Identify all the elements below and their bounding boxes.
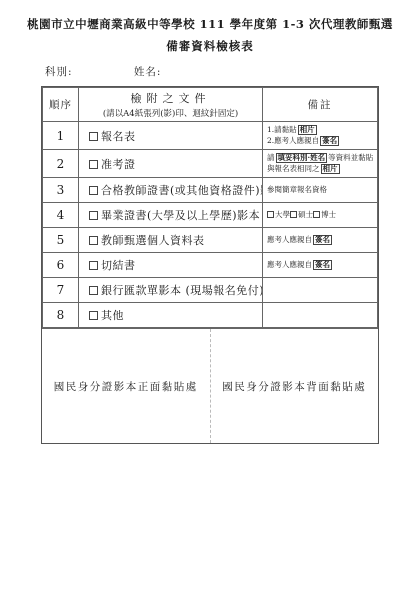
remark-text: 與報名表相同之 bbox=[267, 164, 320, 173]
remark-text: 參閱簡章報名資格 bbox=[267, 185, 327, 194]
document-label: 畢業證書(大學及以上學歷)影本 bbox=[101, 209, 260, 222]
header-row: 順序 檢附之文件 (請以A4紙張列(影)印、迴紋針固定) 備註 bbox=[43, 88, 378, 122]
remark-line: 2.應考人應親自簽名 bbox=[267, 136, 375, 147]
row-order-number: 7 bbox=[43, 278, 79, 303]
document-label: 教師甄選個人資料表 bbox=[101, 234, 205, 247]
highlighted-term: 相片 bbox=[298, 125, 317, 136]
remark-text: 等資料並黏貼 bbox=[328, 153, 373, 162]
document-cell: 切結書 bbox=[79, 253, 263, 278]
id-back-paste-area: 國民身分證影本背面黏貼處 bbox=[211, 329, 379, 443]
remark-text: 1.請黏貼 bbox=[267, 125, 297, 134]
highlighted-term: 簽名 bbox=[313, 260, 332, 271]
table-row: 8其他 bbox=[43, 303, 378, 328]
table-row: 3合格教師證書(或其他資格證件)影本參閱簡章報名資格 bbox=[43, 178, 378, 203]
checkbox-icon bbox=[89, 236, 98, 245]
remark-line: 應考人應親自簽名 bbox=[267, 235, 375, 246]
remark-line: 1.請黏貼相片 bbox=[267, 125, 375, 136]
header-documents: 檢附之文件 (請以A4紙張列(影)印、迴紋針固定) bbox=[79, 88, 263, 122]
remark-text: 2.應考人應親自 bbox=[267, 136, 319, 145]
id-paste-section: 國民身分證影本正面黏貼處 國民身分證影本背面黏貼處 bbox=[42, 328, 378, 443]
highlighted-term: 相片 bbox=[321, 164, 340, 175]
id-front-paste-area: 國民身分證影本正面黏貼處 bbox=[42, 329, 211, 443]
highlighted-term: 簽名 bbox=[320, 136, 339, 147]
table-row: 6切結書應考人應親自簽名 bbox=[43, 253, 378, 278]
remark-cell: 大學碩士博士 bbox=[263, 203, 378, 228]
name-label: 姓名: bbox=[134, 64, 162, 79]
document-cell: 合格教師證書(或其他資格證件)影本 bbox=[79, 178, 263, 203]
degree-option-label: 博士 bbox=[321, 210, 336, 219]
checkbox-icon bbox=[89, 132, 98, 141]
header-documents-title: 檢附之文件 bbox=[80, 90, 261, 106]
remark-line: 應考人應親自簽名 bbox=[267, 260, 375, 271]
remark-cell: 參閱簡章報名資格 bbox=[263, 178, 378, 203]
checkbox-icon bbox=[89, 261, 98, 270]
checklist-form: 順序 檢附之文件 (請以A4紙張列(影)印、迴紋針固定) 備註 1報名表1.請黏… bbox=[41, 86, 379, 444]
document-title-line2: 備審資料檢核表 bbox=[0, 38, 420, 54]
remark-cell bbox=[263, 278, 378, 303]
document-cell: 准考證 bbox=[79, 150, 263, 178]
remark-line: 大學碩士博士 bbox=[267, 210, 375, 221]
remark-text: 應考人應親自 bbox=[267, 260, 312, 269]
checkbox-icon bbox=[89, 286, 98, 295]
document-label: 切結書 bbox=[101, 259, 136, 272]
degree-option-label: 碩士 bbox=[298, 210, 313, 219]
document-rows: 1報名表1.請黏貼相片2.應考人應親自簽名2准考證請填妥科別·姓名等資料並黏貼與… bbox=[43, 122, 378, 328]
table-row: 7銀行匯款單影本 (現場報名免付) bbox=[43, 278, 378, 303]
checkbox-icon bbox=[89, 311, 98, 320]
checkbox-icon bbox=[89, 160, 98, 169]
highlighted-term: 簽名 bbox=[313, 235, 332, 246]
header-documents-subtitle: (請以A4紙張列(影)印、迴紋針固定) bbox=[80, 107, 261, 119]
identity-fields: 科別: 姓名: bbox=[45, 64, 420, 79]
row-order-number: 6 bbox=[43, 253, 79, 278]
header-remarks: 備註 bbox=[263, 88, 378, 122]
checkbox-icon bbox=[89, 186, 98, 195]
document-label: 報名表 bbox=[101, 130, 136, 143]
remark-cell: 請填妥科別·姓名等資料並黏貼與報名表相同之相片 bbox=[263, 150, 378, 178]
document-cell: 銀行匯款單影本 (現場報名免付) bbox=[79, 278, 263, 303]
row-order-number: 3 bbox=[43, 178, 79, 203]
department-label: 科別: bbox=[45, 64, 73, 79]
checkbox-icon bbox=[290, 211, 297, 218]
document-title-line1: 桃園市立中壢商業高級中等學校 111 學年度第 1-3 次代理教師甄選 bbox=[0, 0, 420, 32]
table-row: 1報名表1.請黏貼相片2.應考人應親自簽名 bbox=[43, 122, 378, 150]
remark-line: 與報名表相同之相片 bbox=[267, 164, 375, 175]
remark-line: 請填妥科別·姓名等資料並黏貼 bbox=[267, 153, 375, 164]
document-label: 其他 bbox=[101, 309, 124, 322]
document-page: 桃園市立中壢商業高級中等學校 111 學年度第 1-3 次代理教師甄選 備審資料… bbox=[0, 0, 420, 593]
remark-cell: 應考人應親自簽名 bbox=[263, 253, 378, 278]
remark-cell: 1.請黏貼相片2.應考人應親自簽名 bbox=[263, 122, 378, 150]
row-order-number: 8 bbox=[43, 303, 79, 328]
document-label: 合格教師證書(或其他資格證件)影本 bbox=[101, 184, 263, 197]
row-order-number: 1 bbox=[43, 122, 79, 150]
header-order: 順序 bbox=[43, 88, 79, 122]
table-row: 4畢業證書(大學及以上學歷)影本大學碩士博士 bbox=[43, 203, 378, 228]
row-order-number: 5 bbox=[43, 228, 79, 253]
document-label: 准考證 bbox=[101, 158, 136, 171]
table-row: 2准考證請填妥科別·姓名等資料並黏貼與報名表相同之相片 bbox=[43, 150, 378, 178]
document-cell: 報名表 bbox=[79, 122, 263, 150]
remark-cell bbox=[263, 303, 378, 328]
degree-option-label: 大學 bbox=[275, 210, 290, 219]
remark-cell: 應考人應親自簽名 bbox=[263, 228, 378, 253]
checkbox-icon bbox=[89, 211, 98, 220]
checklist-table: 順序 檢附之文件 (請以A4紙張列(影)印、迴紋針固定) 備註 1報名表1.請黏… bbox=[42, 87, 378, 328]
table-row: 5教師甄選個人資料表應考人應親自簽名 bbox=[43, 228, 378, 253]
document-cell: 教師甄選個人資料表 bbox=[79, 228, 263, 253]
document-cell: 畢業證書(大學及以上學歷)影本 bbox=[79, 203, 263, 228]
checkbox-icon bbox=[313, 211, 320, 218]
document-cell: 其他 bbox=[79, 303, 263, 328]
document-label: 銀行匯款單影本 (現場報名免付) bbox=[101, 284, 263, 297]
highlighted-term: 填妥科別·姓名 bbox=[276, 153, 328, 164]
remark-text: 請 bbox=[267, 153, 275, 162]
checkbox-icon bbox=[267, 211, 274, 218]
remark-text: 應考人應親自 bbox=[267, 235, 312, 244]
row-order-number: 2 bbox=[43, 150, 79, 178]
remark-line: 參閱簡章報名資格 bbox=[267, 185, 375, 196]
row-order-number: 4 bbox=[43, 203, 79, 228]
